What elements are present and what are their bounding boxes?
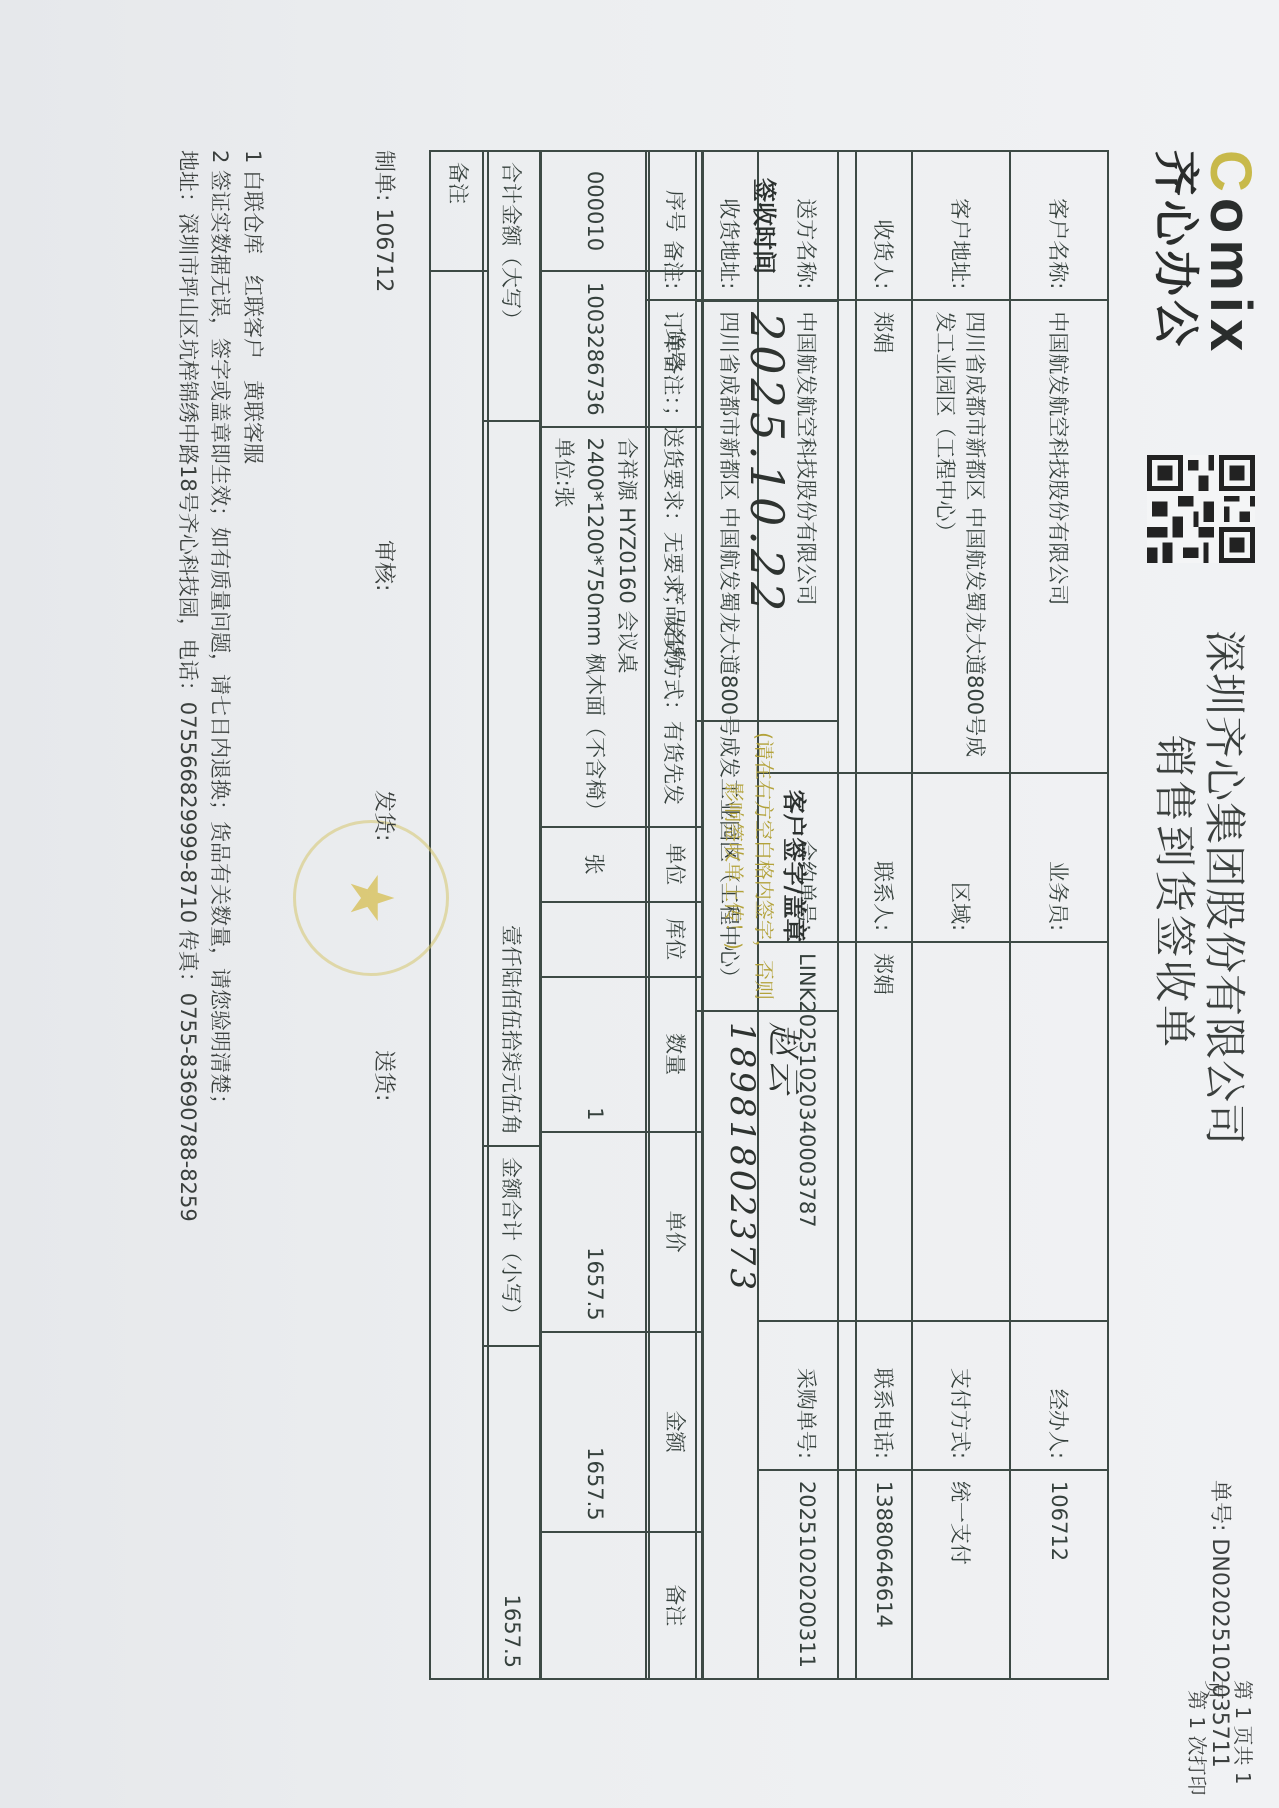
cell-unit: 张: [541, 827, 650, 902]
logo-chinese: 齐心办公: [1150, 150, 1201, 357]
maker-label: 制单:: [371, 150, 396, 201]
delivery-receipt-document: Comix 齐心办公 深圳齐心集团股份有限公司 销售到货签收单 第 1 页共 1…: [0, 0, 1279, 1808]
shipper-label: 发货:: [371, 790, 396, 841]
cell-amount: 1657.5: [541, 1332, 650, 1532]
cell-price: 1657.5: [541, 1132, 650, 1332]
customer-address-label: 客户地址:: [912, 151, 1010, 300]
sign-time-label: 签收时间: [696, 151, 838, 301]
customer-sign-header: 客户签字/盖章 (请在右方空白格内签字，否则影响签收单上传！): [696, 721, 838, 1011]
customer-name-value: 中国航发航空科技股份有限公司: [1010, 300, 1108, 773]
table-row: 000010 1003286736 合祥源 HYZ0160 会议桌 2400*1…: [541, 151, 650, 1679]
signature-area[interactable]: 赵云 18981802373: [696, 1011, 838, 1679]
footer-notes: 1 白联仓库 红联客户 黄联客服 2 签证实数据无误，签字或盖章即生效；如有质量…: [171, 150, 269, 1222]
receiver-label: 收货人:: [856, 151, 912, 300]
logo-mark: C: [1198, 150, 1263, 198]
col-header-amount: 金额: [649, 1332, 703, 1532]
payment-label: 支付方式:: [912, 1321, 1010, 1470]
logo-text: omix: [1198, 198, 1263, 357]
region-label: 区域:: [912, 773, 1010, 942]
salesman-value: [1010, 942, 1108, 1321]
items-table: 序号 货号 产品名称 单位 库位 数量 单价 金额 备注 000010 1003…: [540, 150, 705, 1680]
col-header-remark: 备注: [649, 1532, 703, 1679]
phone-label: 联系电话:: [856, 1321, 912, 1470]
sign-off-table: 签收时间 2025.10.22 客户签字/盖章 (请在右方空白格内签字，否则影响…: [695, 150, 839, 1680]
footer-address: 地址：深圳市坪山区坑梓锦绣中路18号齐心科技园，电话：075566829999-…: [171, 150, 204, 1222]
handwritten-phone: 18981802373: [723, 1022, 763, 1668]
col-header-qty: 数量: [649, 977, 703, 1132]
deliverer-field: 送货:: [370, 1050, 401, 1101]
cell-remark: [541, 1532, 650, 1679]
cell-location: [541, 902, 650, 977]
sign-time-handwritten: 2025.10.22: [696, 301, 838, 721]
col-header-product: 产品名称: [649, 427, 703, 827]
footer-note-copies: 1 白联仓库 红联客户 黄联客服: [236, 150, 269, 1222]
cell-seq: 000010: [541, 151, 650, 271]
document-number-label: 单号:: [1207, 1480, 1232, 1531]
totals-table: 合计金额（大写） 壹仟陆佰伍拾柒元伍角 金额合计（小写） 1657.5: [482, 150, 542, 1680]
star-icon: ★: [336, 871, 406, 925]
info-row: 客户地址: 四川省成都市新都区 中国航发蜀龙大道800号成发工业园区（工程中心）…: [912, 151, 1010, 1679]
payment-value: 统一支付: [912, 1470, 1010, 1679]
col-header-sku: 货号: [649, 271, 703, 427]
region-value: [912, 942, 1010, 1321]
footer-note-terms: 2 签证实数据无误，签字或盖章即生效；如有质量问题，请七日内退换；货品有关数量，…: [204, 150, 237, 1222]
contact-value: 郑娟: [856, 942, 912, 1321]
customer-sign-hint: (请在右方空白格内签字，否则影响签收单上传！): [720, 732, 780, 1000]
reviewer-field: 审核:: [370, 540, 401, 591]
document-title: 销售到货签收单: [1147, 735, 1207, 1050]
cell-sku: 1003286736: [541, 271, 650, 427]
print-count: 第 1 次打印: [1184, 1690, 1213, 1795]
phone-value: 13880646614: [856, 1470, 912, 1679]
total-lower-value: 1657.5: [483, 1346, 541, 1679]
customer-name-label: 客户名称:: [1010, 151, 1108, 300]
col-header-price: 单价: [649, 1132, 703, 1332]
salesman-label: 业务员:: [1010, 773, 1108, 942]
maker-field: 制单: 106712: [370, 150, 401, 292]
deliverer-label: 送货:: [371, 1050, 396, 1101]
handler-label: 经办人:: [1010, 1321, 1108, 1470]
info-row: 客户名称: 中国航发航空科技股份有限公司 业务员: 经办人: 106712: [1010, 151, 1108, 1679]
total-upper-label: 合计金额（大写）: [483, 151, 541, 421]
customer-address-value: 四川省成都市新都区 中国航发蜀龙大道800号成发工业园区（工程中心）: [912, 300, 1010, 773]
items-header-row: 序号 货号 产品名称 单位 库位 数量 单价 金额 备注: [649, 151, 703, 1679]
handler-value: 106712: [1010, 1470, 1108, 1679]
qr-code-icon: [1147, 455, 1255, 563]
receiver-value: 郑娟: [856, 300, 912, 773]
company-logo: Comix 齐心办公: [1150, 150, 1259, 357]
info-row: 收货人: 郑娟 联系人: 郑娟 联系电话: 13880646614: [856, 151, 912, 1679]
col-header-location: 库位: [649, 902, 703, 977]
cell-qty: 1: [541, 977, 650, 1132]
remark-label: 备注: [430, 151, 488, 271]
customer-sign-label: 客户签字/盖章: [780, 732, 815, 1000]
total-upper-value: 壹仟陆佰伍拾柒元伍角: [483, 421, 541, 1146]
col-header-unit: 单位: [649, 827, 703, 902]
handwritten-signature: 赵云: [763, 1022, 812, 1668]
reviewer-label: 审核:: [371, 540, 396, 591]
remark-value: [430, 271, 488, 1679]
maker-value: 106712: [371, 208, 396, 292]
total-lower-label: 金额合计（小写）: [483, 1146, 541, 1346]
company-seal: ★: [293, 820, 449, 976]
contact-label: 联系人:: [856, 773, 912, 942]
cell-product: 合祥源 HYZ0160 会议桌 2400*1200*750mm 枫木面（不含椅）…: [541, 427, 650, 827]
shipper-field: 发货:: [370, 790, 401, 841]
col-header-seq: 序号: [649, 151, 703, 271]
